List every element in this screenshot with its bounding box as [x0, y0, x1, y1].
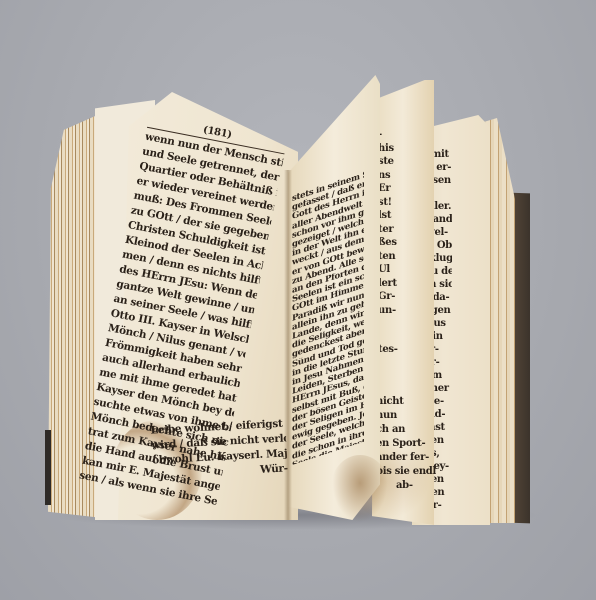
- book-front-cover: [45, 430, 51, 505]
- gutter-shadow: [284, 170, 292, 520]
- left-page-text-bottom: Leibe wohnet / eiferigst in Acht nehmen …: [150, 417, 288, 494]
- turning-page-text: - his ste ns Er st! lst ter ßes ten Ul l…: [378, 128, 402, 358]
- center-page-text: stets in seinem Sinn gefasset / daß er e…: [292, 172, 364, 465]
- center-page-stain: [330, 455, 390, 525]
